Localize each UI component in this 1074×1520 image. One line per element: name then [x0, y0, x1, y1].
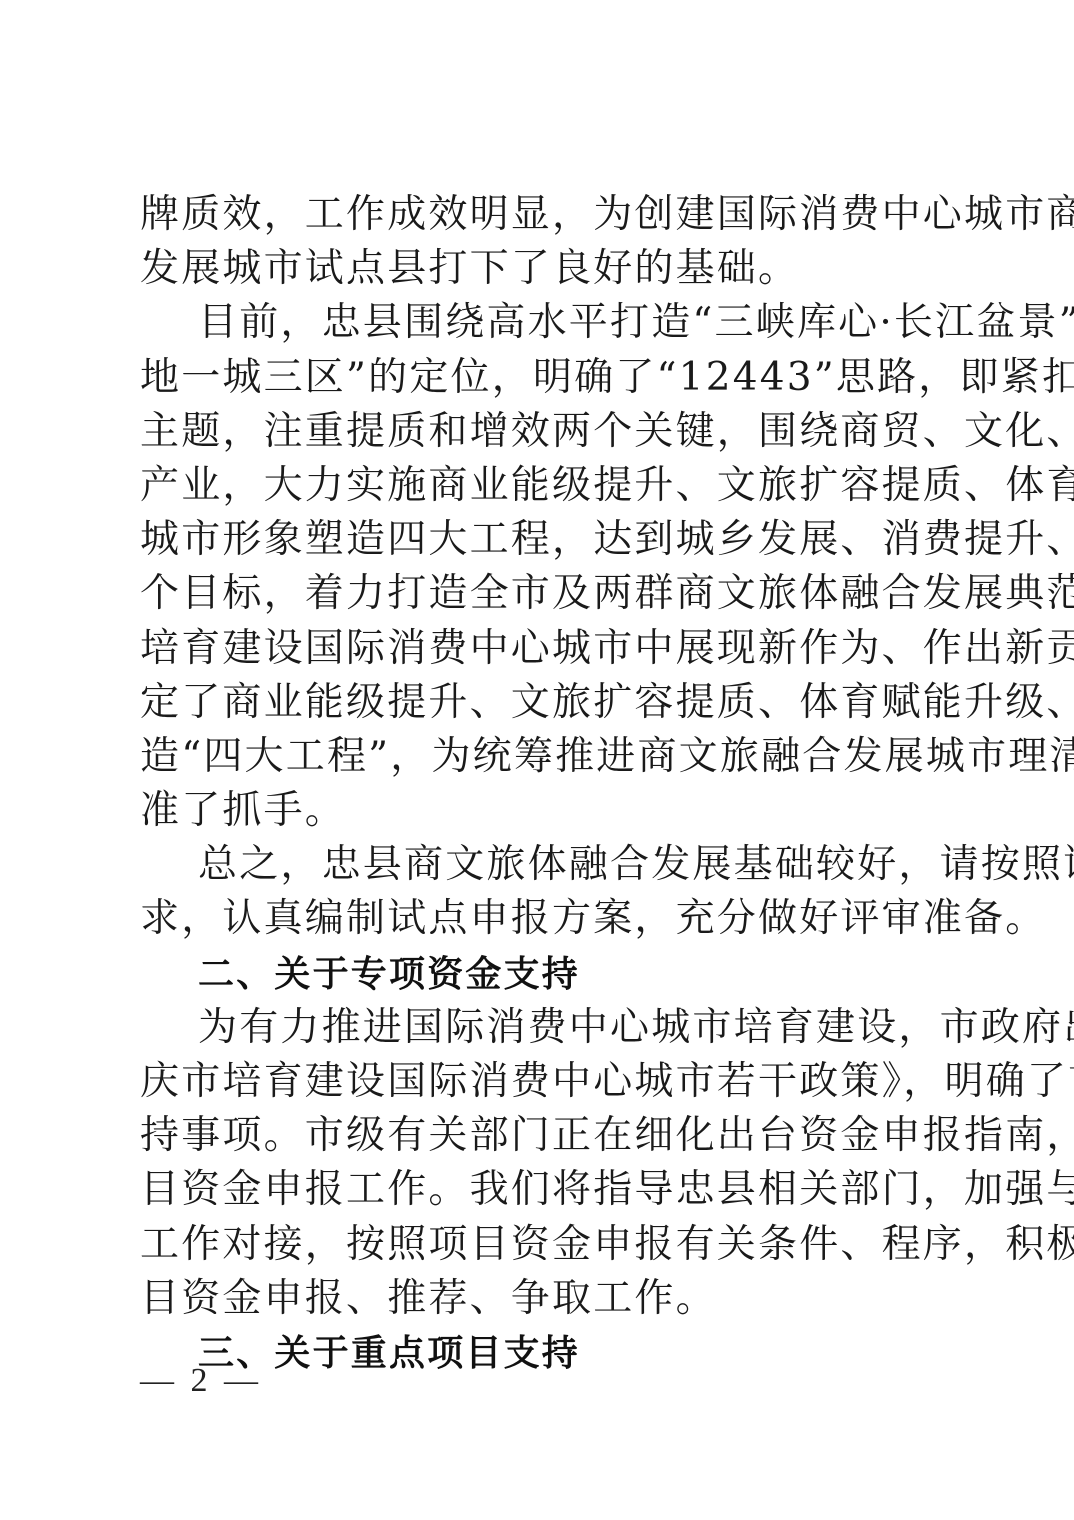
- text-line: 牌质效，工作成效明显，为创建国际消费中心城市商文旅体融合: [140, 188, 940, 242]
- text-line: 个目标，着力打造全市及两群商文旅体融合发展典范和样板，在: [140, 567, 940, 621]
- document-body: 牌质效，工作成效明显，为创建国际消费中心城市商文旅体融合发展城市试点县打下了良好…: [140, 188, 940, 1380]
- text-line: 为有力推进国际消费中心城市培育建设，市政府出台了《重: [140, 1001, 940, 1055]
- text-line: 目资金申报、推荐、争取工作。: [140, 1272, 940, 1326]
- text-line: 庆市培育建设国际消费中心城市若干政策》，明确了市级资金支: [140, 1055, 940, 1109]
- text-line: 总之，忠县商文旅体融合发展基础较好，请按照试点通知要: [140, 838, 940, 892]
- text-line: 主题，注重提质和增效两个关键，围绕商贸、文化、旅游、体育: [140, 405, 940, 459]
- page-number: — 2 —: [140, 1362, 262, 1400]
- text-line: 地一城三区”的定位，明确了“12443”思路，即紧扣融合发展这一: [140, 351, 940, 405]
- text-line: 定了商业能级提升、文旅扩容提质、体育赋能升级、城市形象塑: [140, 676, 940, 730]
- section-heading-text: 二、关于专项资金支持: [198, 954, 580, 995]
- text-line: 产业，大力实施商业能级提升、文旅扩容提质、体育赋能升级、: [140, 459, 940, 513]
- text-line: 目资金申报工作。我们将指导忠县相关部门，加强与市级部门的: [140, 1163, 940, 1217]
- text-line: 持事项。市级有关部门正在细化出台资金申报指南，组织开展项: [140, 1109, 940, 1163]
- text-line: 准了抓手。: [140, 784, 940, 838]
- text-line: 求，认真编制试点申报方案，充分做好评审准备。: [140, 892, 940, 946]
- text-line: 城市形象塑造四大工程，达到城乡发展、消费提升、人民满意三: [140, 513, 940, 567]
- text-line: 工作对接，按照项目资金申报有关条件、程序，积极组织开展项: [140, 1218, 940, 1272]
- text-line: 造“四大工程”，为统筹推进商文旅融合发展城市理清了思路，找: [140, 730, 940, 784]
- text-line: 培育建设国际消费中心城市中展现新作为、作出新贡献；研究制: [140, 622, 940, 676]
- document-page: 牌质效，工作成效明显，为创建国际消费中心城市商文旅体融合发展城市试点县打下了良好…: [0, 0, 1074, 1520]
- text-line: 目前，忠县围绕高水平打造“三峡库心·长江盆景”、建成“一: [140, 296, 940, 350]
- text-line: 发展城市试点县打下了良好的基础。: [140, 242, 940, 296]
- section-heading: 二、关于专项资金支持: [140, 947, 940, 1001]
